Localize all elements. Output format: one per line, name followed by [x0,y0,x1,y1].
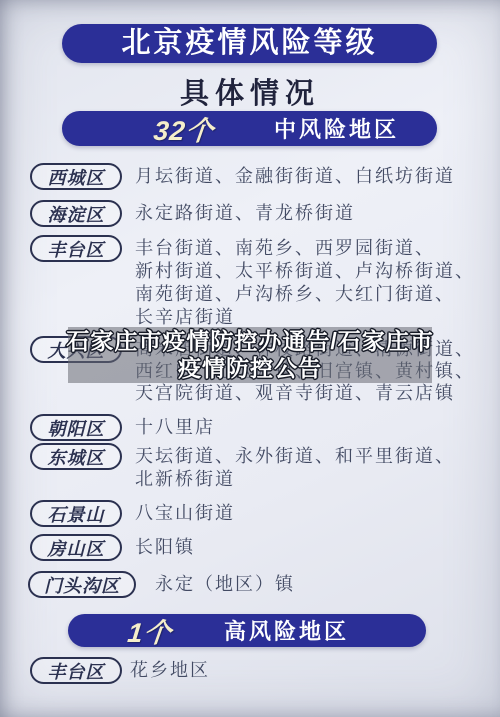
area-line: 新村街道、太平桥街道、卢沟桥街道、 [135,260,495,283]
watermark-line: 石家庄市疫情防控办通告/石家庄市 [66,328,433,355]
district-areas: 十八里店 [135,416,495,439]
area-line: 永定路街道、青龙桥街道 [135,202,495,225]
high-risk-count: 1个 [126,611,174,650]
high-risk-label: 高风险地区 [224,615,349,646]
medium-risk-label: 中风险地区 [274,113,399,144]
district-areas: 月坛街道、金融街街道、白纸坊街道 [135,165,495,188]
medium-risk-count: 32个 [152,109,216,148]
district-label: 朝阳区 [30,414,122,441]
area-line: 北新桥街道 [135,468,495,491]
area-line: 丰台街道、南苑乡、西罗园街道、 [135,237,495,260]
district-areas: 永定（地区）镇 [155,573,500,596]
district-name: 朝阳区 [48,415,105,441]
medium-risk-banner: 32个 中风险地区 [62,111,437,146]
district-areas: 天坛街道、永外街道、和平里街道、 北新桥街道 [135,445,495,491]
area-line: 十八里店 [135,416,495,439]
area-line: 天坛街道、永外街道、和平里街道、 [135,445,495,468]
title-banner: 北京疫情风险等级 [62,24,437,63]
district-label: 东城区 [30,443,122,470]
area-line: 长阳镇 [135,536,495,559]
district-name: 西城区 [48,164,105,190]
area-line: 花乡地区 [130,659,490,682]
district-areas: 长阳镇 [135,536,495,559]
district-label: 门头沟区 [28,571,136,598]
district-name: 石景山 [48,501,105,527]
district-label: 西城区 [30,163,122,190]
district-areas: 丰台街道、南苑乡、西罗园街道、 新村街道、太平桥街道、卢沟桥街道、 南苑街道、卢… [135,237,495,329]
district-label: 石景山 [30,500,122,527]
area-line: 月坛街道、金融街街道、白纸坊街道 [135,165,495,188]
poster-title: 北京疫情风险等级 [121,24,377,63]
area-line: 天宫院街道、观音寺街道、青云店镇 [135,382,495,404]
area-line: 八宝山街道 [135,502,495,525]
district-name: 丰台区 [48,658,105,684]
district-areas: 八宝山街道 [135,502,495,525]
watermark-line: 疫情防控公告 [178,355,322,382]
district-label: 海淀区 [30,200,122,227]
area-line: 永定（地区）镇 [155,573,500,596]
district-name: 房山区 [48,535,105,561]
risk-level-poster: 北京疫情风险等级 具体情况 32个 中风险地区 西城区 月坛街道、金融街街道、白… [0,0,500,717]
district-name: 海淀区 [48,201,105,227]
district-areas: 花乡地区 [130,659,490,682]
area-line: 长辛店街道 [135,306,495,329]
area-line: 南苑街道、卢沟桥乡、大红门街道、 [135,283,495,306]
poster-subtitle: 具体情况 [0,71,500,112]
district-label: 丰台区 [30,235,122,262]
high-risk-banner: 1个 高风险地区 [68,614,426,647]
district-name: 丰台区 [48,236,105,262]
district-name: 门头沟区 [44,572,120,598]
district-areas: 永定路街道、青龙桥街道 [135,202,495,225]
watermark-overlay: 石家庄市疫情防控办通告/石家庄市 疫情防控公告 [68,327,432,383]
district-label: 房山区 [30,534,122,561]
district-label: 丰台区 [30,657,122,684]
district-name: 东城区 [48,444,105,470]
